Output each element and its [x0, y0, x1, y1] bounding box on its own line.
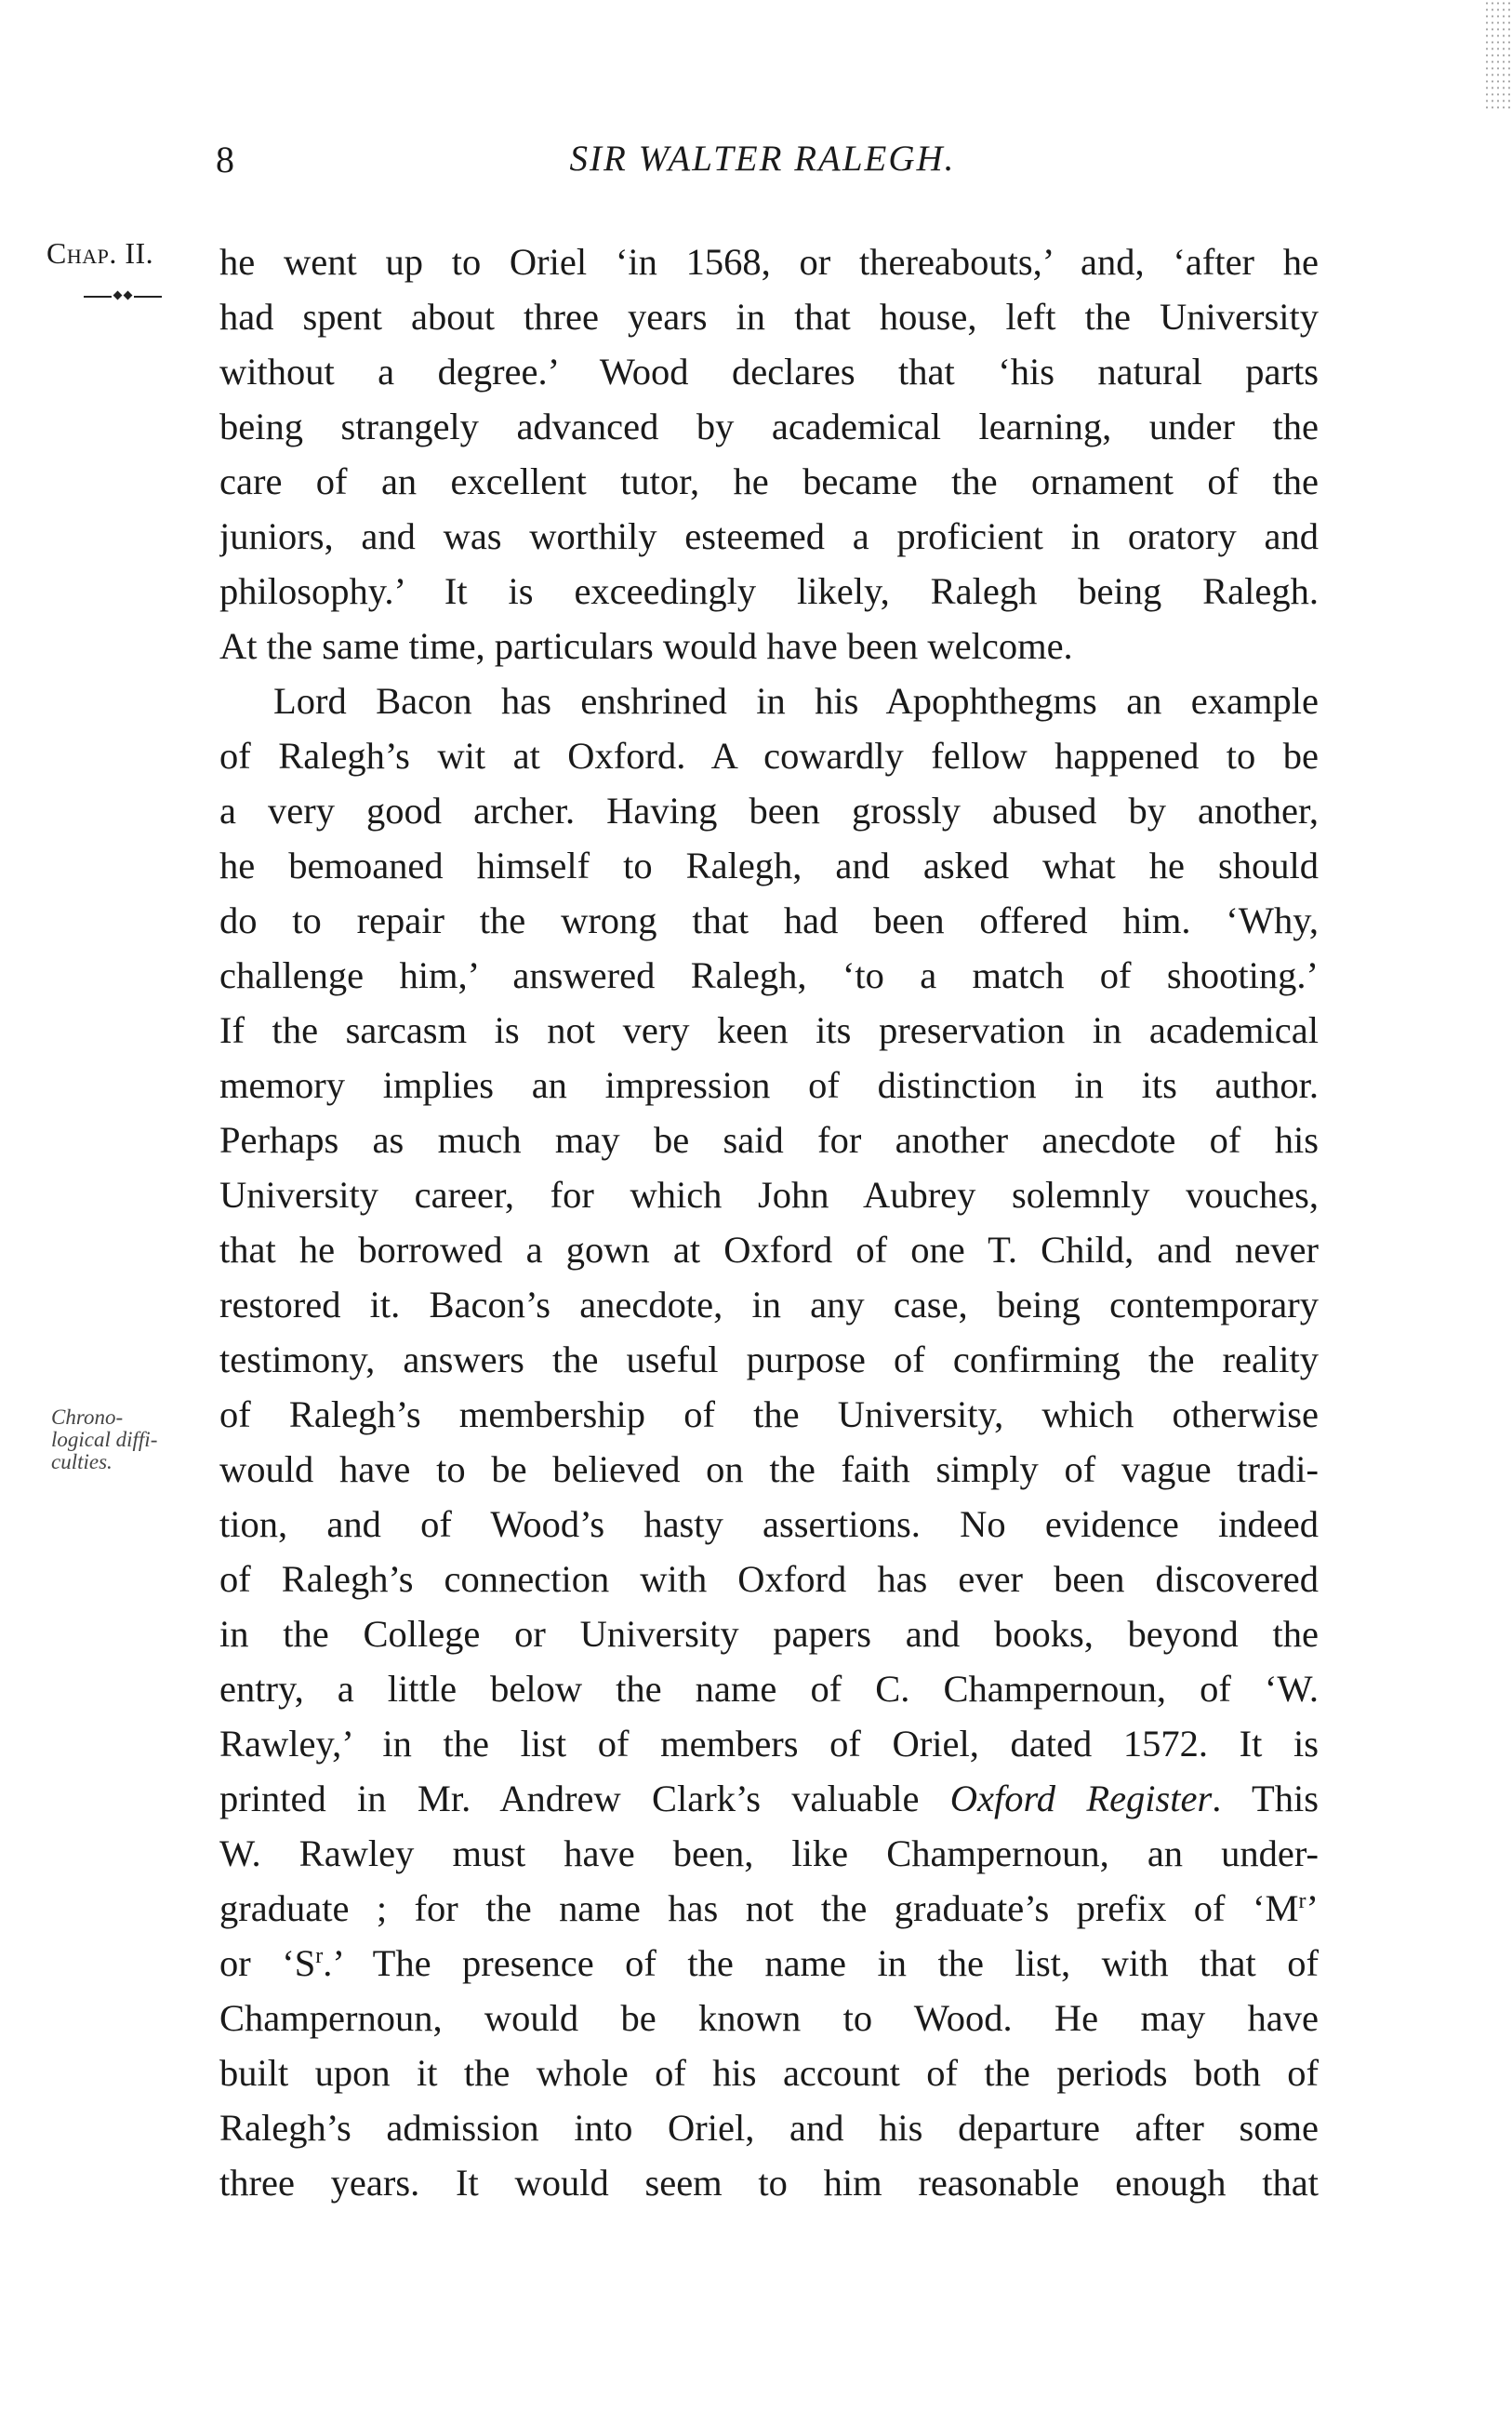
text-run: ’ — [1306, 1887, 1320, 1929]
body-text: he went up to Oriel ‘in 1568, or thereab… — [219, 234, 1319, 2210]
text-line: juniors, and was worthily esteemed a pro… — [219, 509, 1319, 564]
text-line: three years. It would seem to him reason… — [219, 2155, 1319, 2210]
text-line: care of an excellent tutor, he became th… — [219, 454, 1319, 509]
text-line: restored it. Bacon’s anecdote, in any ca… — [219, 1277, 1319, 1332]
margin-sidenote: Chrono- logical diffi- culties. — [51, 1406, 191, 1473]
text-line: of Ralegh’s wit at Oxford. A cowardly fe… — [219, 728, 1319, 783]
sidenote-line: culties. — [51, 1451, 191, 1473]
text-line: built upon it the whole of his account o… — [219, 2045, 1319, 2100]
text-line: challenge him,’ answered Ralegh, ‘to a m… — [219, 948, 1319, 1003]
text-line: Perhaps as much may be said for another … — [219, 1112, 1319, 1167]
text-line: he bemoaned himself to Ralegh, and asked… — [219, 838, 1319, 893]
text-run: graduate ; for the name has not the grad… — [219, 1887, 1299, 1929]
text-run: or ‘S — [219, 1942, 315, 1984]
book-title: Oxford Register — [950, 1778, 1213, 1819]
text-line: of Ralegh’s membership of the University… — [219, 1387, 1319, 1442]
text-line: a very good archer. Having been grossly … — [219, 783, 1319, 838]
running-head: 8 SIR WALTER RALEGH. — [0, 138, 1512, 193]
text-line: had spent about three years in that hous… — [219, 289, 1319, 344]
text-run: printed in Mr. Andrew Clark’s valuable — [219, 1778, 950, 1819]
text-line: entry, a little below the name of C. Cha… — [219, 1661, 1319, 1716]
text-line: At the same time, particulars would have… — [219, 619, 1319, 673]
text-line: do to repair the wrong that had been off… — [219, 893, 1319, 948]
text-line: memory implies an impression of distinct… — [219, 1058, 1319, 1112]
text-line: Rawley,’ in the list of members of Oriel… — [219, 1716, 1319, 1771]
text-line: graduate ; for the name has not the grad… — [219, 1881, 1319, 1936]
ornament-icon — [84, 291, 162, 300]
page-number: 8 — [216, 138, 234, 181]
text-run: .’ The presence of the name in the list,… — [323, 1942, 1319, 1984]
running-title: SIR WALTER RALEGH. — [502, 138, 1023, 180]
text-run: . This — [1212, 1778, 1319, 1819]
text-line: would have to be believed on the faith s… — [219, 1442, 1319, 1497]
text-line: Champernoun, would be known to Wood. He … — [219, 1991, 1319, 2045]
text-line: he went up to Oriel ‘in 1568, or thereab… — [219, 234, 1319, 289]
text-line: If the sarcasm is not very keen its pres… — [219, 1003, 1319, 1058]
text-line: in the College or University papers and … — [219, 1606, 1319, 1661]
text-line: being strangely advanced by academical l… — [219, 399, 1319, 454]
text-line: or ‘Sr.’ The presence of the name in the… — [219, 1936, 1319, 1991]
text-line: philosophy.’ It is exceedingly likely, R… — [219, 564, 1319, 619]
text-line: University career, for which John Aubrey… — [219, 1167, 1319, 1222]
superscript: r — [1299, 1889, 1306, 1913]
sidenote-line: logical diffi- — [51, 1429, 191, 1451]
sidenote-line: Chrono- — [51, 1406, 191, 1429]
text-line: without a degree.’ Wood declares that ‘h… — [219, 344, 1319, 399]
text-line: tion, and of Wood’s hasty assertions. No… — [219, 1497, 1319, 1552]
text-line: that he borrowed a gown at Oxford of one… — [219, 1222, 1319, 1277]
chapter-marker: Chap. II. — [46, 236, 153, 271]
text-line: testimony, answers the useful purpose of… — [219, 1332, 1319, 1387]
text-line: of Ralegh’s connection with Oxford has e… — [219, 1552, 1319, 1606]
text-line: Lord Bacon has enshrined in his Apophthe… — [219, 673, 1319, 728]
text-line: printed in Mr. Andrew Clark’s valuable O… — [219, 1771, 1319, 1826]
text-line: W. Rawley must have been, like Champerno… — [219, 1826, 1319, 1881]
scan-speckle — [1484, 0, 1512, 112]
text-line: Ralegh’s admission into Oriel, and his d… — [219, 2100, 1319, 2155]
